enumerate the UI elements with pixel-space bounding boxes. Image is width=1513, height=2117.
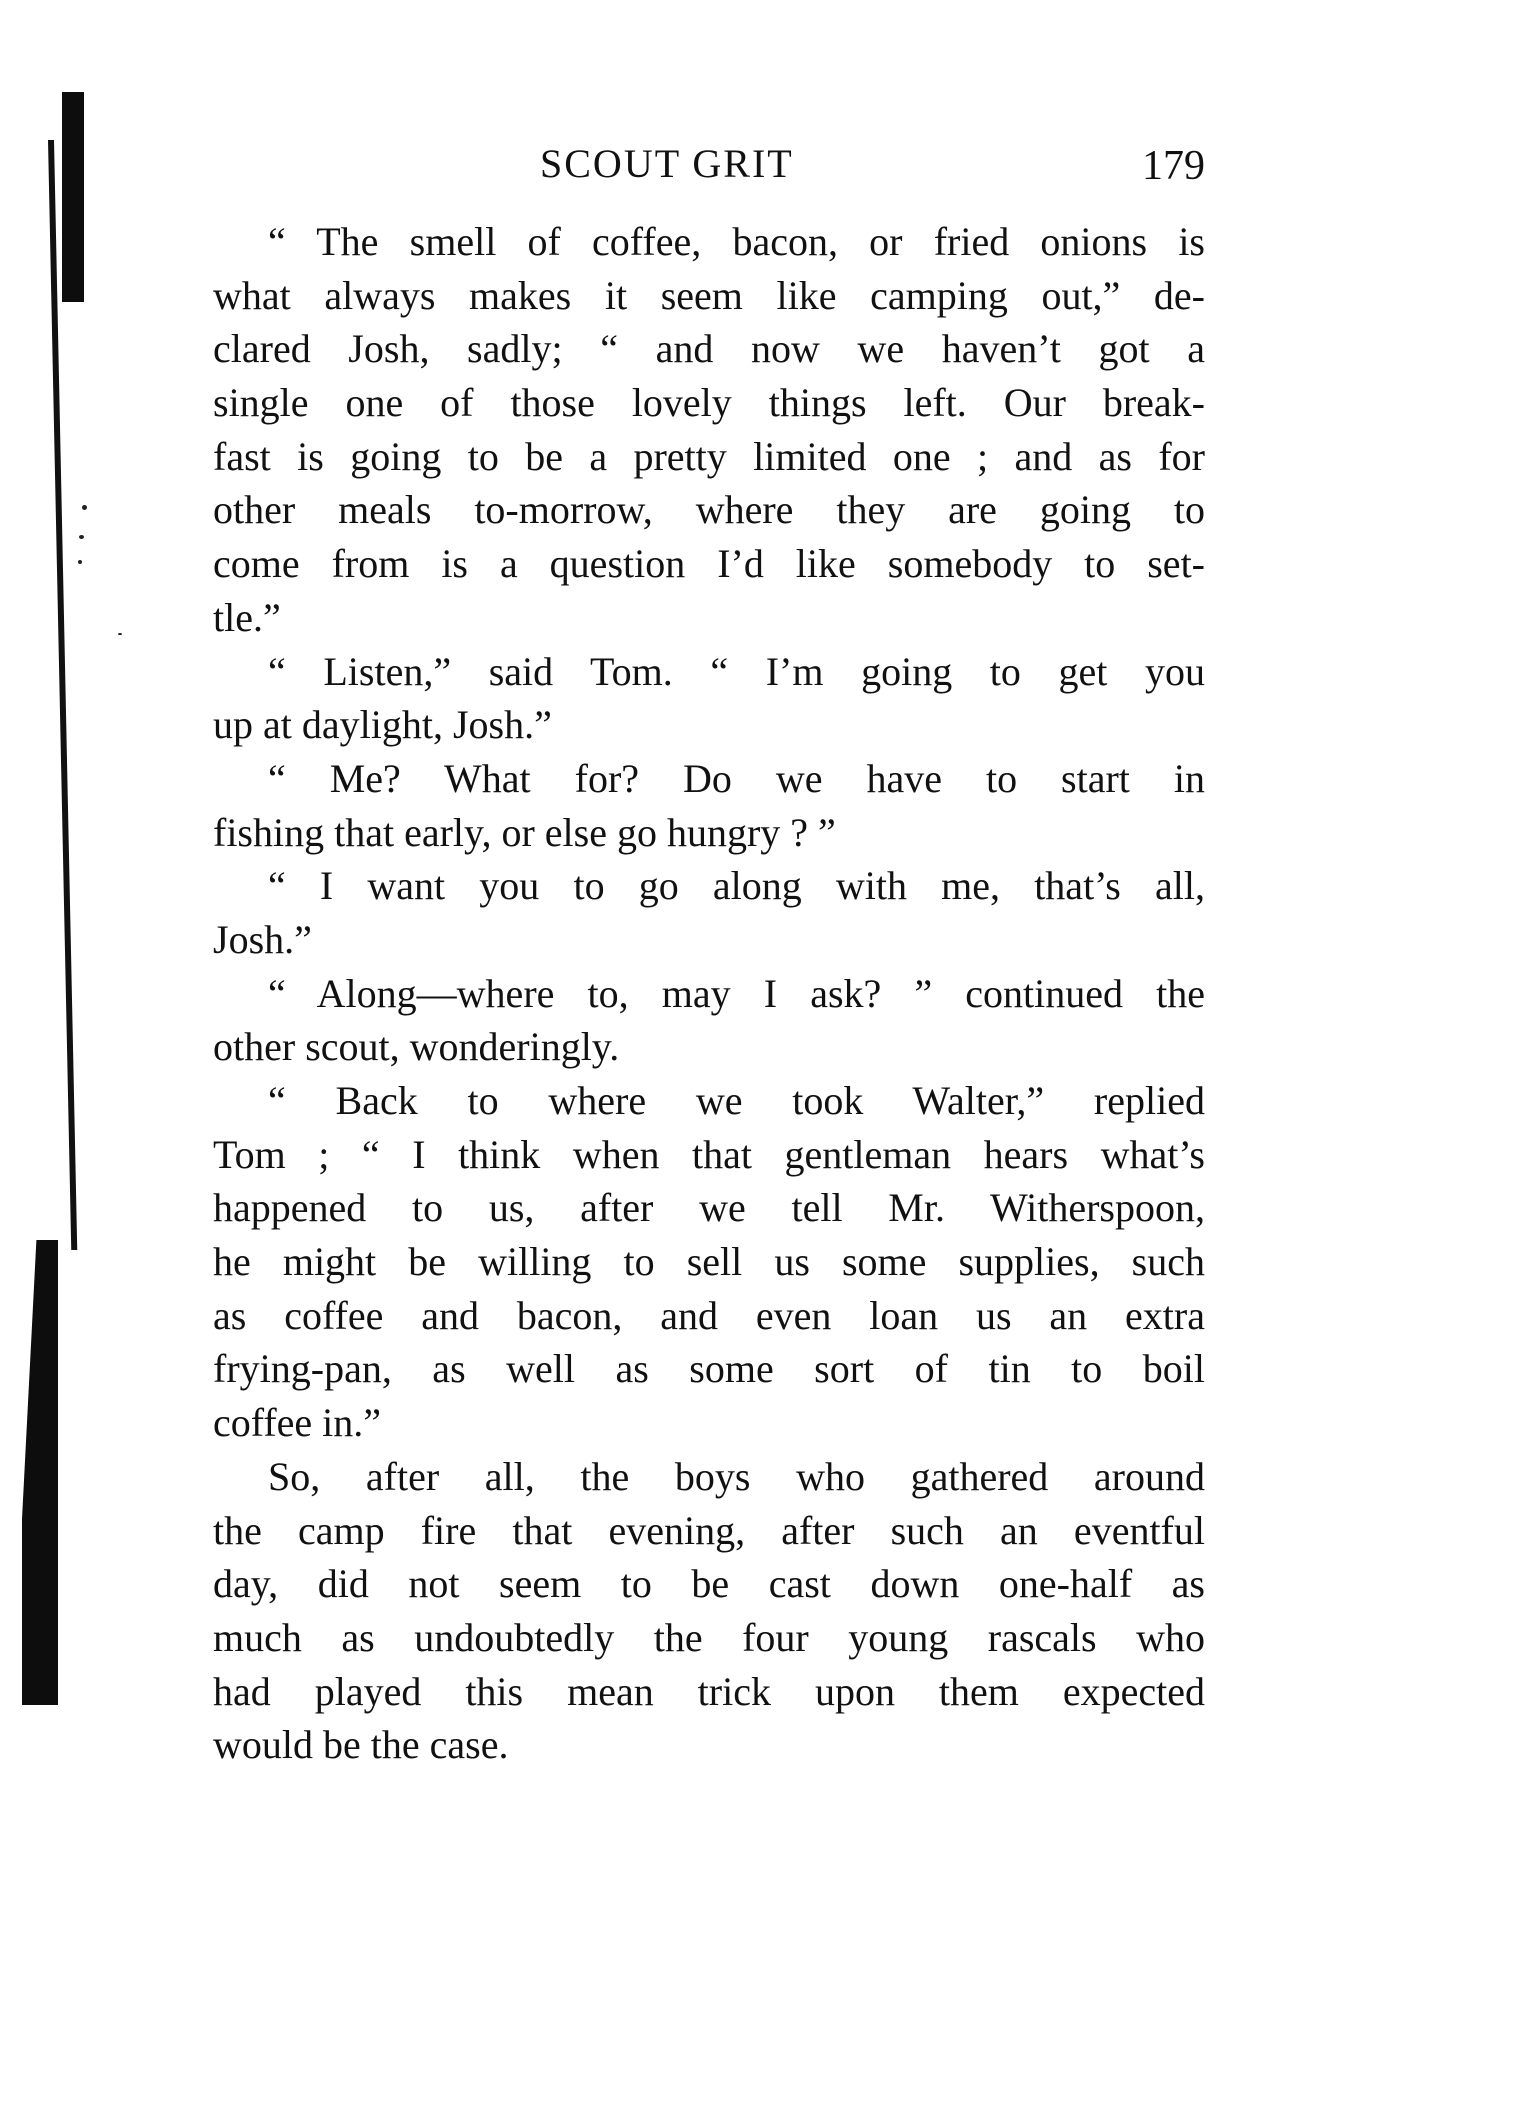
text-line: “ Along—where to, may I ask? ” continued… — [213, 967, 1205, 1021]
text-line: single one of those lovely things left. … — [213, 376, 1205, 430]
running-head-title: SCOUT GRIT — [540, 140, 794, 187]
page-number: 179 — [1142, 142, 1205, 190]
scan-speck — [82, 505, 87, 510]
text-line: day, did not seem to be cast down one-ha… — [213, 1557, 1205, 1611]
text-line: fast is going to be a pretty limited one… — [213, 430, 1205, 484]
scan-speck — [78, 560, 82, 564]
body-text: “ The smell of coffee, bacon, or fried o… — [213, 215, 1205, 1772]
scan-speck — [118, 633, 122, 635]
text-line: he might be willing to sell us some supp… — [213, 1235, 1205, 1289]
text-line: “ Me? What for? Do we have to start in — [213, 752, 1205, 806]
text-line: as coffee and bacon, and even loan us an… — [213, 1289, 1205, 1343]
text-line: fishing that early, or else go hungry ? … — [213, 806, 1205, 860]
text-line: Josh.” — [213, 913, 1205, 967]
text-line: the camp fire that evening, after such a… — [213, 1504, 1205, 1558]
text-line: tle.” — [213, 591, 1205, 645]
text-line: coffee in.” — [213, 1396, 1205, 1450]
text-line: much as undoubtedly the four young rasca… — [213, 1611, 1205, 1665]
text-line: come from is a question I’d like somebod… — [213, 537, 1205, 591]
text-line: “ The smell of coffee, bacon, or fried o… — [213, 215, 1205, 269]
binding-shadow-top — [62, 92, 84, 302]
book-page: SCOUT GRIT 179 “ The smell of coffee, ba… — [0, 0, 1513, 2117]
text-line: other scout, wonderingly. — [213, 1020, 1205, 1074]
text-line: what always makes it seem like camping o… — [213, 269, 1205, 323]
text-line: had played this mean trick upon them exp… — [213, 1665, 1205, 1719]
text-line: “ Back to where we took Walter,” replied — [213, 1074, 1205, 1128]
text-line: up at daylight, Josh.” — [213, 698, 1205, 752]
text-line: would be the case. — [213, 1718, 1205, 1772]
scan-speck — [79, 535, 84, 539]
text-line: happened to us, after we tell Mr. Wither… — [213, 1181, 1205, 1235]
text-line: frying-pan, as well as some sort of tin … — [213, 1342, 1205, 1396]
page-edge-line — [48, 140, 77, 1250]
text-line: So, after all, the boys who gathered aro… — [213, 1450, 1205, 1504]
binding-shadow-bottom — [22, 1240, 58, 1705]
text-line: clared Josh, sadly; “ and now we haven’t… — [213, 322, 1205, 376]
text-line: other meals to-morrow, where they are go… — [213, 483, 1205, 537]
text-line: Tom ; “ I think when that gentleman hear… — [213, 1128, 1205, 1182]
running-head: SCOUT GRIT 179 — [213, 140, 1205, 200]
text-line: “ I want you to go along with me, that’s… — [213, 859, 1205, 913]
text-line: “ Listen,” said Tom. “ I’m going to get … — [213, 645, 1205, 699]
